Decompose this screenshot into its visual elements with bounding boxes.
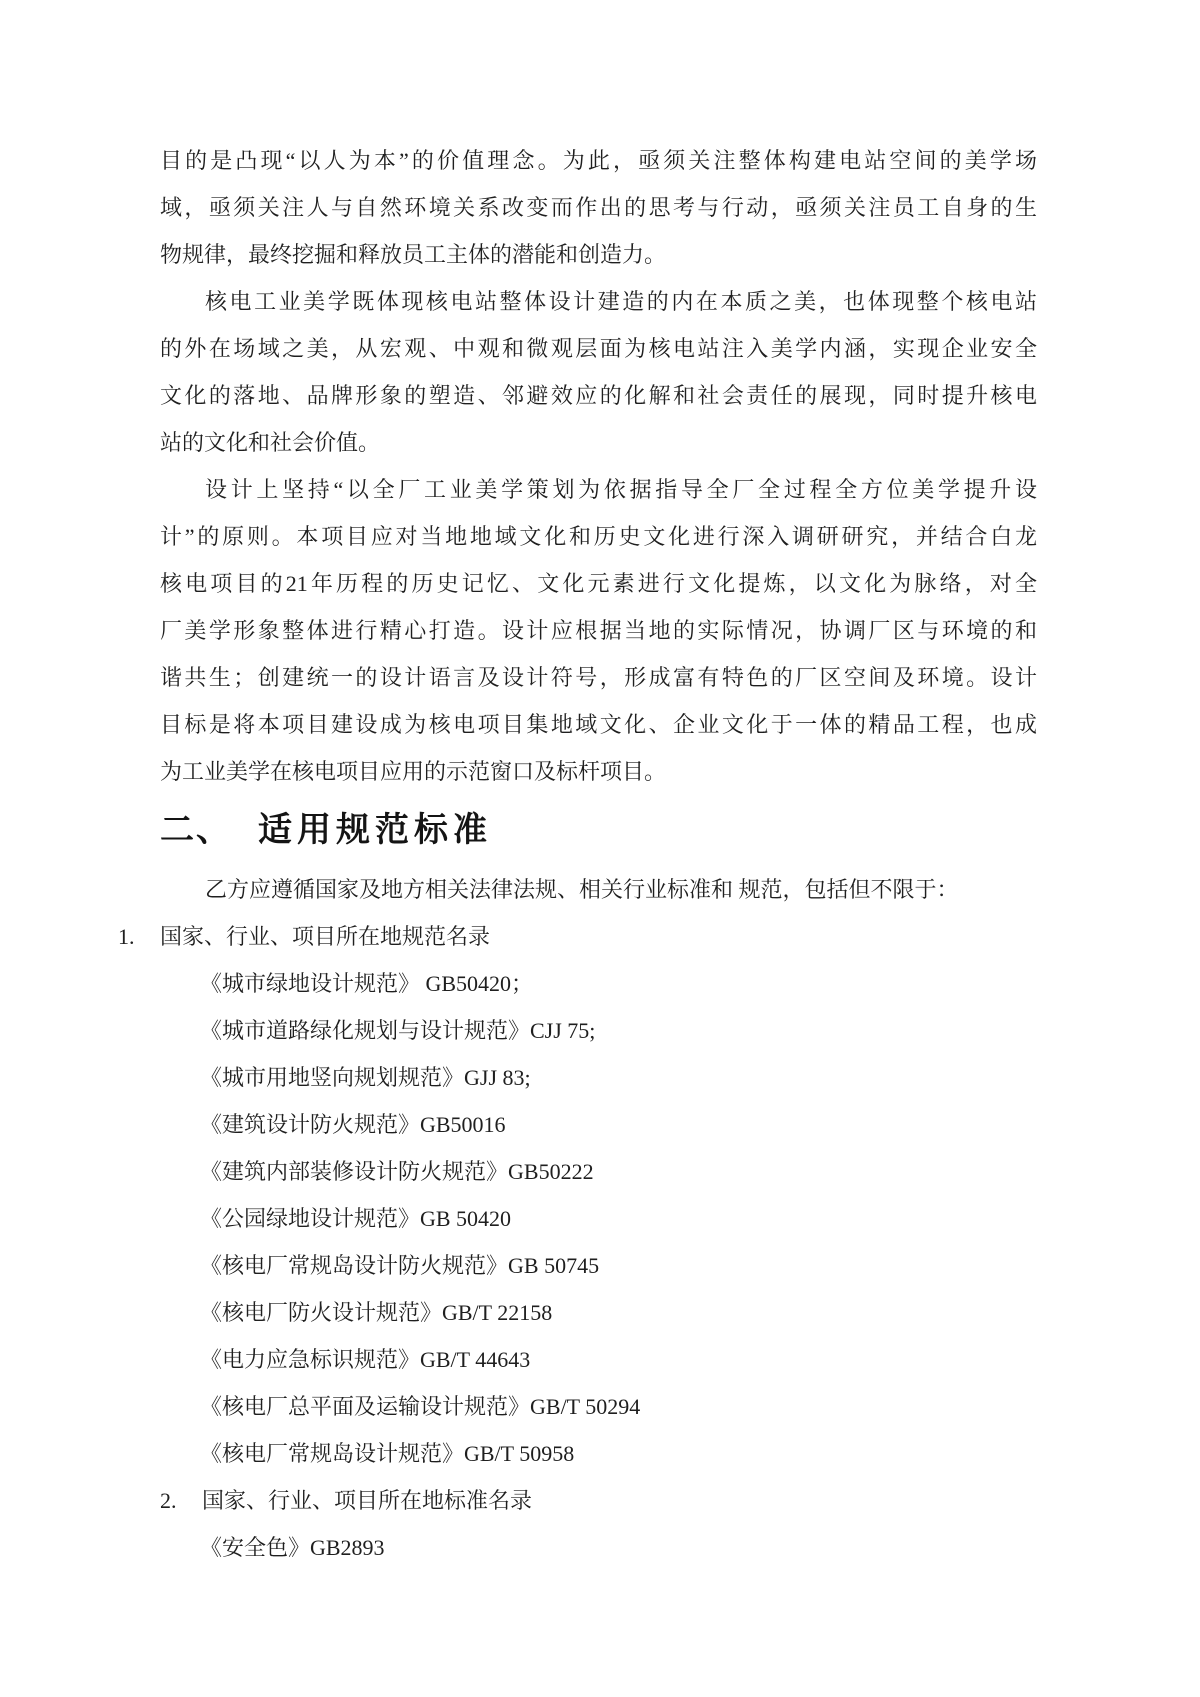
text-line: 域，亟须关注人与自然环境关系改变而作出的思考与行动，亟须关注员工自身的生 bbox=[160, 184, 1037, 231]
text-line: 《城市绿地设计规范》 GB50420； bbox=[160, 960, 1037, 1007]
text-line: 《核电厂总平面及运输设计规范》GB/T 50294 bbox=[160, 1383, 1037, 1430]
text-line: 设计上坚持“以全厂工业美学策划为依据指导全厂全过程全方位美学提升设 bbox=[160, 466, 1037, 513]
section-heading: 二、适用规范标准 bbox=[160, 795, 1037, 866]
text-line: 《核电厂常规岛设计防火规范》GB 50745 bbox=[160, 1242, 1037, 1289]
text-line: 《公园绿地设计规范》GB 50420 bbox=[160, 1195, 1037, 1242]
text-line: 《城市用地竖向规划规范》GJJ 83; bbox=[160, 1054, 1037, 1101]
list-item-1: 1. 国家、行业、项目所在地规范名录 bbox=[160, 913, 1037, 960]
text-line: 谐共生；创建统一的设计语言及设计符号，形成富有特色的厂区空间及环境。设计 bbox=[160, 654, 1037, 701]
text-line: 文化的落地、品牌形象的塑造、邻避效应的化解和社会责任的展现，同时提升核电 bbox=[160, 372, 1037, 419]
text-line: 计”的原则。本项目应对当地地域文化和历史文化进行深入调研研究，并结合白龙 bbox=[160, 513, 1037, 560]
text-line: 为工业美学在核电项目应用的示范窗口及标杆项目。 bbox=[160, 748, 1037, 795]
section-title: 适用规范标准 bbox=[258, 811, 492, 849]
standards-list-2: 《安全色》GB2893 bbox=[160, 1524, 1037, 1571]
list-item-2: 2.国家、行业、项目所在地标准名录 bbox=[160, 1477, 1037, 1524]
text-line: 《城市道路绿化规划与设计规范》CJJ 75; bbox=[160, 1007, 1037, 1054]
text-line: 《建筑设计防火规范》GB50016 bbox=[160, 1101, 1037, 1148]
document-content: 目的是凸现“以人为本”的价值理念。为此，亟须关注整体构建电站空间的美学场域，亟须… bbox=[160, 137, 1037, 1571]
text-line: 物规律，最终挖掘和释放员工主体的潜能和创造力。 bbox=[160, 231, 1037, 278]
text-line: 目的是凸现“以人为本”的价值理念。为此，亟须关注整体构建电站空间的美学场 bbox=[160, 137, 1037, 184]
text-line: 《安全色》GB2893 bbox=[160, 1524, 1037, 1571]
intro-paragraph: 乙方应遵循国家及地方相关法律法规、相关行业标准和 规范，包括但不限于： bbox=[160, 866, 1037, 913]
text-line: 《电力应急标识规范》GB/T 44643 bbox=[160, 1336, 1037, 1383]
list-label-2: 国家、行业、项目所在地标准名录 bbox=[202, 1488, 532, 1513]
list-number-1: 1. bbox=[118, 913, 135, 960]
text-line: 厂美学形象整体进行精心打造。设计应根据当地的实际情况，协调厂区与环境的和 bbox=[160, 607, 1037, 654]
text-line: 核电工业美学既体现核电站整体设计建造的内在本质之美，也体现整个核电站 bbox=[160, 278, 1037, 325]
text-line: 核电项目的21年历程的历史记忆、文化元素进行文化提炼，以文化为脉络，对全 bbox=[160, 560, 1037, 607]
document-page: 目的是凸现“以人为本”的价值理念。为此，亟须关注整体构建电站空间的美学场域，亟须… bbox=[0, 0, 1200, 1697]
paragraph-values-concept: 目的是凸现“以人为本”的价值理念。为此，亟须关注整体构建电站空间的美学场域，亟须… bbox=[160, 137, 1037, 278]
list-label-1: 国家、行业、项目所在地规范名录 bbox=[160, 924, 490, 949]
text-line: 乙方应遵循国家及地方相关法律法规、相关行业标准和 规范，包括但不限于： bbox=[160, 866, 1037, 913]
section-number: 二、 bbox=[160, 811, 232, 849]
paragraph-nuclear-aesthetics: 核电工业美学既体现核电站整体设计建造的内在本质之美，也体现整个核电站的外在场域之… bbox=[160, 278, 1037, 466]
text-line: 《核电厂常规岛设计规范》GB/T 50958 bbox=[160, 1430, 1037, 1477]
text-line: 的外在场域之美，从宏观、中观和微观层面为核电站注入美学内涵，实现企业安全 bbox=[160, 325, 1037, 372]
paragraph-design-principle: 设计上坚持“以全厂工业美学策划为依据指导全厂全过程全方位美学提升设计”的原则。本… bbox=[160, 466, 1037, 795]
text-line: 《核电厂防火设计规范》GB/T 22158 bbox=[160, 1289, 1037, 1336]
text-line: 目标是将本项目建设成为核电项目集地域文化、企业文化于一体的精品工程，也成 bbox=[160, 701, 1037, 748]
standards-list-1: 《城市绿地设计规范》 GB50420；《城市道路绿化规划与设计规范》CJJ 75… bbox=[160, 960, 1037, 1477]
list-number-2: 2. bbox=[160, 1477, 202, 1524]
text-line: 站的文化和社会价值。 bbox=[160, 419, 1037, 466]
text-line: 《建筑内部装修设计防火规范》GB50222 bbox=[160, 1148, 1037, 1195]
